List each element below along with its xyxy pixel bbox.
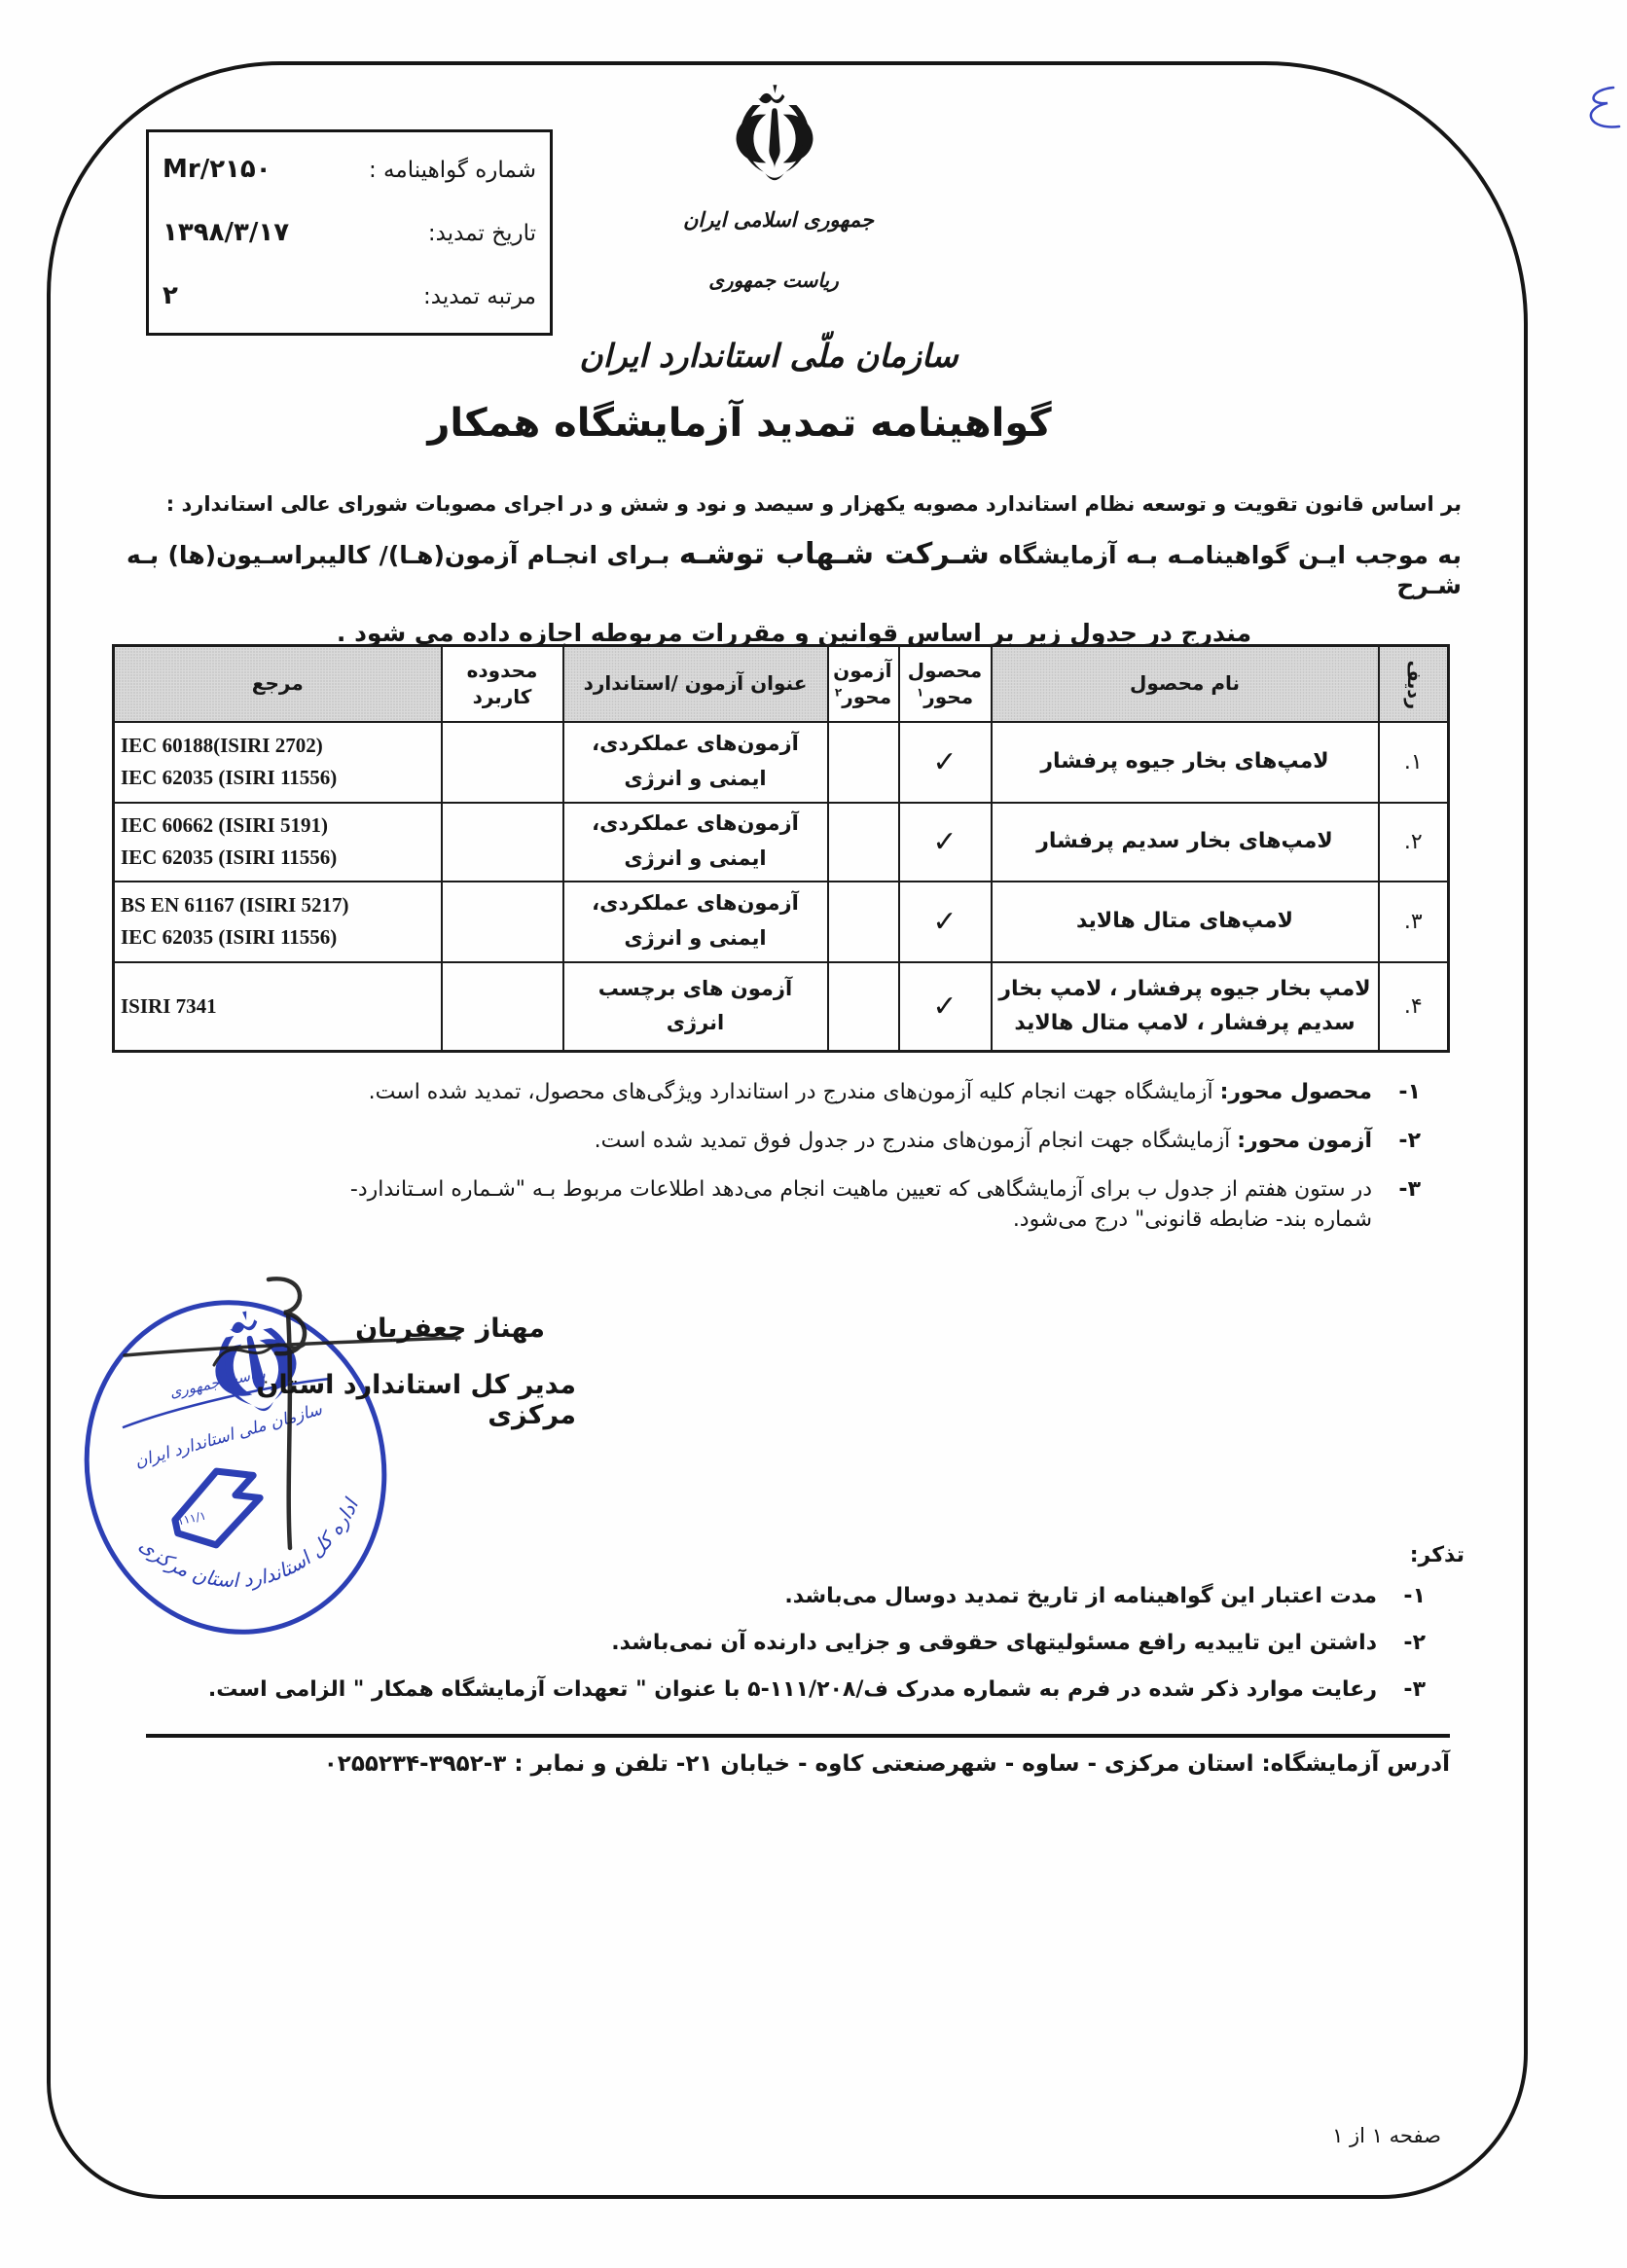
iran-emblem-icon xyxy=(728,82,821,191)
address-divider-rule xyxy=(146,1734,1450,1738)
address-text: استان مرکزی - ساوه - شهرصنعتی کاوه - خیا… xyxy=(324,1751,1262,1777)
remark-marker: ۲- xyxy=(1392,1628,1426,1659)
footnote-product-axis: ۱- محصول محور: آزمایشگاه جهت انجام کلیه … xyxy=(112,1076,1421,1108)
scope-cell xyxy=(442,722,563,803)
certificate-number-value: Mr/۲۱۵۰ xyxy=(163,155,271,184)
product-name-cell: لامپ‌های بخار سدیم پرفشار xyxy=(992,803,1379,882)
header-scope: محدودهکاربرد xyxy=(442,646,563,722)
remark-item: ۲- داشتن این تاییدیه رافع مسئولیتهای حقو… xyxy=(112,1628,1464,1659)
footnote-marker: ۳- xyxy=(1388,1173,1421,1206)
footnote-term: آزمون محور: xyxy=(1237,1129,1372,1153)
row-number-cell: ۴. xyxy=(1379,962,1449,1052)
test-scope-table: ردیف نام محصول محصولمحور۱ آزمونمحور۲ عنو… xyxy=(112,644,1450,1053)
pen-squiggle-mark xyxy=(1569,80,1625,144)
signatory-title: مدیر کل استاندارد استان مرکزی xyxy=(206,1370,576,1430)
address-label: آدرس آزمایشگاه: xyxy=(1261,1751,1450,1777)
organization-name: سازمان ملّی استاندارد ایران xyxy=(496,337,1041,375)
scope-cell xyxy=(442,882,563,962)
table-row: ۳. لامپ‌های متال هالاید ✓ آزمون‌های عملک… xyxy=(114,882,1449,962)
product-axis-checkmark: ✓ xyxy=(899,882,992,962)
renewal-date-label: تاریخ تمدید: xyxy=(428,221,536,246)
footnote-term: محصول محور: xyxy=(1220,1080,1372,1104)
reference-cell: IEC 60662 (ISIRI 5191)IEC 62035 (ISIRI 1… xyxy=(114,803,442,882)
product-name-cell: لامپ بخار جیوه پرفشار ، لامپ بخار سدیم پ… xyxy=(992,962,1379,1052)
test-axis-cell xyxy=(828,962,899,1052)
footnote-text: آزمایشگاه جهت انجام کلیه آزمون‌های مندرج… xyxy=(369,1080,1220,1104)
footnote-column-seven: ۳- در ستون هفتم از جدول ب برای آزمایشگاه… xyxy=(112,1173,1421,1206)
header-test-axis: آزمونمحور۲ xyxy=(828,646,899,722)
product-axis-checkmark: ✓ xyxy=(899,803,992,882)
footnote-text: در ستون هفتم از جدول ب برای آزمایشگاهی ک… xyxy=(350,1173,1372,1206)
header-test-title: عنوان آزمون /استاندارد xyxy=(563,646,828,722)
table-header-row: ردیف نام محصول محصولمحور۱ آزمونمحور۲ عنو… xyxy=(114,646,1449,722)
certificate-info-box: شماره گواهینامه : Mr/۲۱۵۰ تاریخ تمدید: ۱… xyxy=(146,129,553,336)
laboratory-company-name: شـرکت شـهاب توشـه xyxy=(679,537,990,571)
renewal-order-value: ۲ xyxy=(163,281,178,310)
remarks-label: تذکر: xyxy=(112,1543,1464,1567)
test-title-cell: آزمون های برچسب انرژی xyxy=(563,962,828,1052)
certificate-number-label: شماره گواهینامه : xyxy=(369,158,536,183)
renewal-date-row: تاریخ تمدید: ۱۳۹۸/۳/۱۷ xyxy=(163,218,536,247)
product-axis-checkmark: ✓ xyxy=(899,962,992,1052)
renewal-order-label: مرتبه تمدید: xyxy=(423,284,536,309)
row-number-cell: ۲. xyxy=(1379,803,1449,882)
renewal-order-row: مرتبه تمدید: ۲ xyxy=(163,281,536,310)
remark-item: ۳- رعایت موارد ذکر شده در فرم به شماره م… xyxy=(112,1674,1464,1706)
renewal-date-value: ۱۳۹۸/۳/۱۷ xyxy=(163,218,289,247)
intro-line-law: بر اساس قانون تقویت و توسعه نظام استاندا… xyxy=(127,492,1462,516)
intro-line-grant: به موجب ایـن گواهینامـه بـه آزمایشگاه شـ… xyxy=(127,537,1462,599)
header-product-name: نام محصول xyxy=(992,646,1379,722)
intro-line-closing: مندرج در جدول زیر بر اساس قوانین و مقررا… xyxy=(127,619,1462,647)
presidency-caption: ریاست جمهوری xyxy=(671,269,876,292)
table-footnotes: ۱- محصول محور: آزمایشگاه جهت انجام کلیه … xyxy=(112,1076,1421,1245)
intro-paragraph: بر اساس قانون تقویت و توسعه نظام استاندا… xyxy=(127,492,1462,647)
certificate-number-row: شماره گواهینامه : Mr/۲۱۵۰ xyxy=(163,155,536,184)
table-row: ۲. لامپ‌های بخار سدیم پرفشار ✓ آزمون‌های… xyxy=(114,803,1449,882)
document-title: گواهینامه تمدید آزمایشگاه همکار xyxy=(370,401,1109,446)
remark-text: رعایت موارد ذکر شده در فرم به شماره مدرک… xyxy=(208,1674,1377,1706)
remark-marker: ۳- xyxy=(1392,1674,1426,1706)
product-axis-checkmark: ✓ xyxy=(899,722,992,803)
remark-text: مدت اعتبار این گواهینامه از تاریخ تمدید … xyxy=(784,1581,1377,1612)
footnote-text: آزمایشگاه جهت انجام آزمون‌های مندرج در ج… xyxy=(595,1129,1238,1153)
reference-cell: BS EN 61167 (ISIRI 5217)IEC 62035 (ISIRI… xyxy=(114,882,442,962)
scope-cell xyxy=(442,803,563,882)
row-number-cell: ۱. xyxy=(1379,722,1449,803)
test-title-cell: آزمون‌های عملکردی، ایمنی و انرژی xyxy=(563,803,828,882)
remark-text: داشتن این تاییدیه رافع مسئولیتهای حقوقی … xyxy=(611,1628,1377,1659)
row-number-cell: ۳. xyxy=(1379,882,1449,962)
footnote-marker: ۱- xyxy=(1388,1076,1421,1108)
footnote-marker: ۲- xyxy=(1388,1125,1421,1157)
footnote-test-axis: ۲- آزمون محور: آزمایشگاه جهت انجام آزمون… xyxy=(112,1125,1421,1157)
remark-item: ۱- مدت اعتبار این گواهینامه از تاریخ تمد… xyxy=(112,1581,1464,1612)
republic-caption: جمهوری اسلامی ایران xyxy=(623,208,934,232)
table-row: ۱. لامپ‌های بخار جیوه پرفشار ✓ آزمون‌های… xyxy=(114,722,1449,803)
remarks-section: تذکر: ۱- مدت اعتبار این گواهینامه از تار… xyxy=(112,1543,1464,1721)
intro-grant-pre: به موجب ایـن گواهینامـه بـه آزمایشگاه xyxy=(998,541,1462,569)
product-name-cell: لامپ‌های متال هالاید xyxy=(992,882,1379,962)
test-title-cell: آزمون‌های عملکردی، ایمنی و انرژی xyxy=(563,882,828,962)
header-product-axis: محصولمحور۱ xyxy=(899,646,992,722)
test-axis-cell xyxy=(828,803,899,882)
page-number: صفحه ۱ از ۱ xyxy=(1309,2124,1464,2147)
certificate-page: شماره گواهینامه : Mr/۲۱۵۰ تاریخ تمدید: ۱… xyxy=(0,0,1627,2268)
remark-marker: ۱- xyxy=(1392,1581,1426,1612)
test-axis-cell xyxy=(828,882,899,962)
product-name-cell: لامپ‌های بخار جیوه پرفشار xyxy=(992,722,1379,803)
table-row: ۴. لامپ بخار جیوه پرفشار ، لامپ بخار سدی… xyxy=(114,962,1449,1052)
test-axis-cell xyxy=(828,722,899,803)
footnote-continuation: شماره بند- ضابطه قانونی" درج می‌شود. xyxy=(112,1207,1372,1232)
test-title-cell: آزمون‌های عملکردی، ایمنی و انرژی xyxy=(563,722,828,803)
scope-cell xyxy=(442,962,563,1052)
laboratory-address: آدرس آزمایشگاه: استان مرکزی - ساوه - شهر… xyxy=(110,1751,1450,1777)
reference-cell: ISIRI 7341 xyxy=(114,962,442,1052)
reference-cell: IEC 60188(ISIRI 2702)IEC 62035 (ISIRI 11… xyxy=(114,722,442,803)
signatory-name: مهناز جعفریان xyxy=(292,1314,545,1344)
header-row-number: ردیف xyxy=(1379,646,1449,722)
header-reference: مرجع xyxy=(114,646,442,722)
